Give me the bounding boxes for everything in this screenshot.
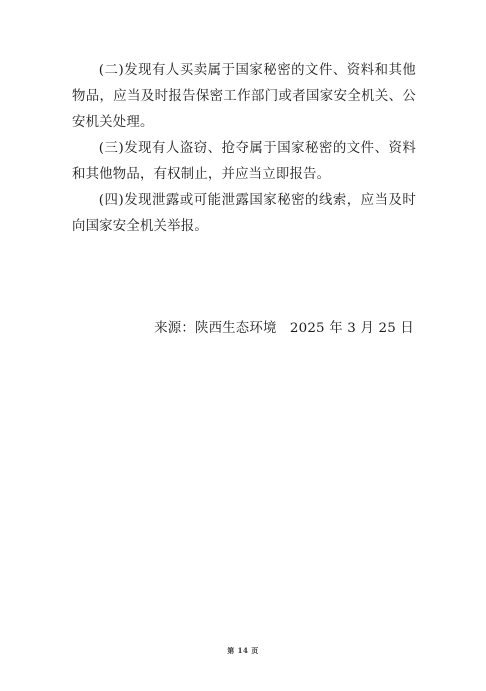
document-page: (二)发现有人买卖属于国家秘密的文件、资料和其他物品，应当及时报告保密工作部门或… <box>0 0 486 691</box>
page-number: 第 14 页 <box>0 645 486 657</box>
paragraph-item-3: (三)发现有人盗窃、抢夺属于国家秘密的文件、资料和其他物品，有权制止，并应当立即… <box>72 136 416 188</box>
document-body: (二)发现有人买卖属于国家秘密的文件、资料和其他物品，应当及时报告保密工作部门或… <box>72 58 416 240</box>
paragraph-item-2: (二)发现有人买卖属于国家秘密的文件、资料和其他物品，应当及时报告保密工作部门或… <box>72 58 416 136</box>
source-attribution: 来源：陕西生态环境 2025 年 3 月 25 日 <box>154 316 414 342</box>
paragraph-item-4: (四)发现泄露或可能泄露国家秘密的线索，应当及时向国家安全机关举报。 <box>72 188 416 240</box>
